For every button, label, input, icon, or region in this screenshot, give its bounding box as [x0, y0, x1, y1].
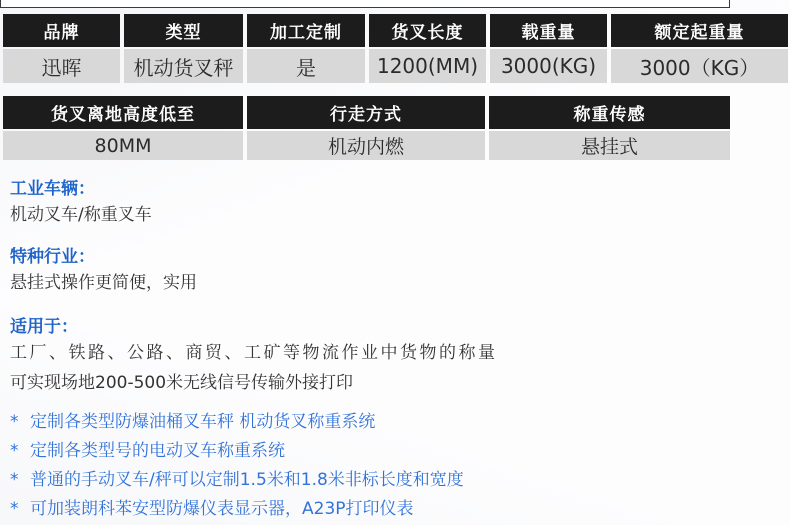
list-item: * 定制各类型防爆油桶叉车秤 机动货叉称重系统	[10, 408, 790, 437]
list-item: * 定制各类型号的电动叉车称重系统	[10, 437, 790, 466]
spec-column-fork-height: 货叉离地高度低至 80MM	[3, 96, 243, 160]
spec-header-cell: 载重量	[490, 14, 607, 47]
top-strip	[0, 0, 730, 8]
spec-column-weighing-sensor: 称重传感 悬挂式	[489, 96, 730, 160]
spec-column-customization: 加工定制 是	[247, 14, 365, 83]
section-applicable-to: 适用于： 工厂、铁路、公路、商贸、工矿等物流作业中货物的称量 可实现场地200-…	[10, 317, 790, 393]
spec-value-cell: 3000（KG）	[611, 49, 788, 83]
spec-column-fork-length: 货叉长度 1200(MM)	[369, 14, 486, 83]
spec-header-cell: 额定起重量	[611, 14, 788, 47]
spec-column-load-capacity: 载重量 3000(KG)	[490, 14, 607, 83]
spec-value-cell: 3000(KG)	[490, 49, 607, 83]
list-item-text: 定制各类型防爆油桶叉车秤 机动货叉称重系统	[30, 408, 375, 437]
spec-column-type: 类型 机动货叉秤	[124, 14, 243, 83]
spec-value-cell: 迅晖	[3, 49, 120, 83]
list-item: * 普通的手动叉车/秤可以定制1.5米和1.8米非标长度和宽度	[10, 466, 790, 495]
spec-header-cell: 货叉离地高度低至	[3, 96, 243, 129]
spec-value-cell: 是	[247, 49, 365, 83]
spec-column-brand: 品牌 迅晖	[3, 14, 120, 83]
section-line: 工厂、铁路、公路、商贸、工矿等物流作业中货物的称量	[10, 343, 790, 364]
spec-column-travel-mode: 行走方式 机动内燃	[247, 96, 485, 160]
custom-options-list: * 定制各类型防爆油桶叉车秤 机动货叉称重系统 * 定制各类型号的电动叉车称重系…	[10, 408, 790, 524]
list-item: * 可加装朗科苯安型防爆仪表显示器，A23P打印仪表	[10, 495, 790, 524]
asterisk-bullet: *	[10, 437, 30, 466]
spec-value-cell: 机动内燃	[247, 131, 485, 160]
section-heading: 适用于：	[10, 317, 790, 337]
spec-value-cell: 悬挂式	[489, 131, 730, 160]
spec-table-primary: 品牌 迅晖 类型 机动货叉秤 加工定制 是 货叉长度 1200(MM) 载重量 …	[3, 14, 790, 83]
spec-header-cell: 货叉长度	[369, 14, 486, 47]
section-line: 可实现场地200-500米无线信号传输外接打印	[10, 373, 790, 393]
spec-value-cell: 机动货叉秤	[124, 49, 243, 83]
section-heading: 工业车辆：	[10, 179, 790, 199]
spec-table-secondary: 货叉离地高度低至 80MM 行走方式 机动内燃 称重传感 悬挂式	[3, 96, 790, 160]
description-content: 工业车辆： 机动叉车/称重叉车 特种行业： 悬挂式操作更简便，实用 适用于： 工…	[10, 179, 790, 524]
list-item-text: 定制各类型号的电动叉车称重系统	[30, 437, 285, 466]
spec-header-cell: 类型	[124, 14, 243, 47]
product-spec-page: { "colors": { "header_bg": "#1c1c1c", "h…	[0, 0, 790, 525]
spec-header-cell: 行走方式	[247, 96, 485, 129]
asterisk-bullet: *	[10, 466, 30, 495]
section-line: 悬挂式操作更简便，实用	[10, 273, 790, 293]
list-item-text: 可加装朗科苯安型防爆仪表显示器，A23P打印仪表	[30, 495, 414, 524]
list-item-text: 普通的手动叉车/秤可以定制1.5米和1.8米非标长度和宽度	[30, 466, 464, 495]
spec-column-rated-lift: 额定起重量 3000（KG）	[611, 14, 788, 83]
spec-header-cell: 称重传感	[489, 96, 730, 129]
section-special-industries: 特种行业： 悬挂式操作更简便，实用	[10, 247, 790, 293]
asterisk-bullet: *	[10, 495, 30, 524]
section-industrial-vehicles: 工业车辆： 机动叉车/称重叉车	[10, 179, 790, 225]
section-heading: 特种行业：	[10, 247, 790, 267]
spec-value-cell: 1200(MM)	[369, 49, 486, 83]
spec-header-cell: 加工定制	[247, 14, 365, 47]
asterisk-bullet: *	[10, 408, 30, 437]
spec-value-cell: 80MM	[3, 131, 243, 160]
spec-header-cell: 品牌	[3, 14, 120, 47]
section-line: 机动叉车/称重叉车	[10, 205, 790, 225]
